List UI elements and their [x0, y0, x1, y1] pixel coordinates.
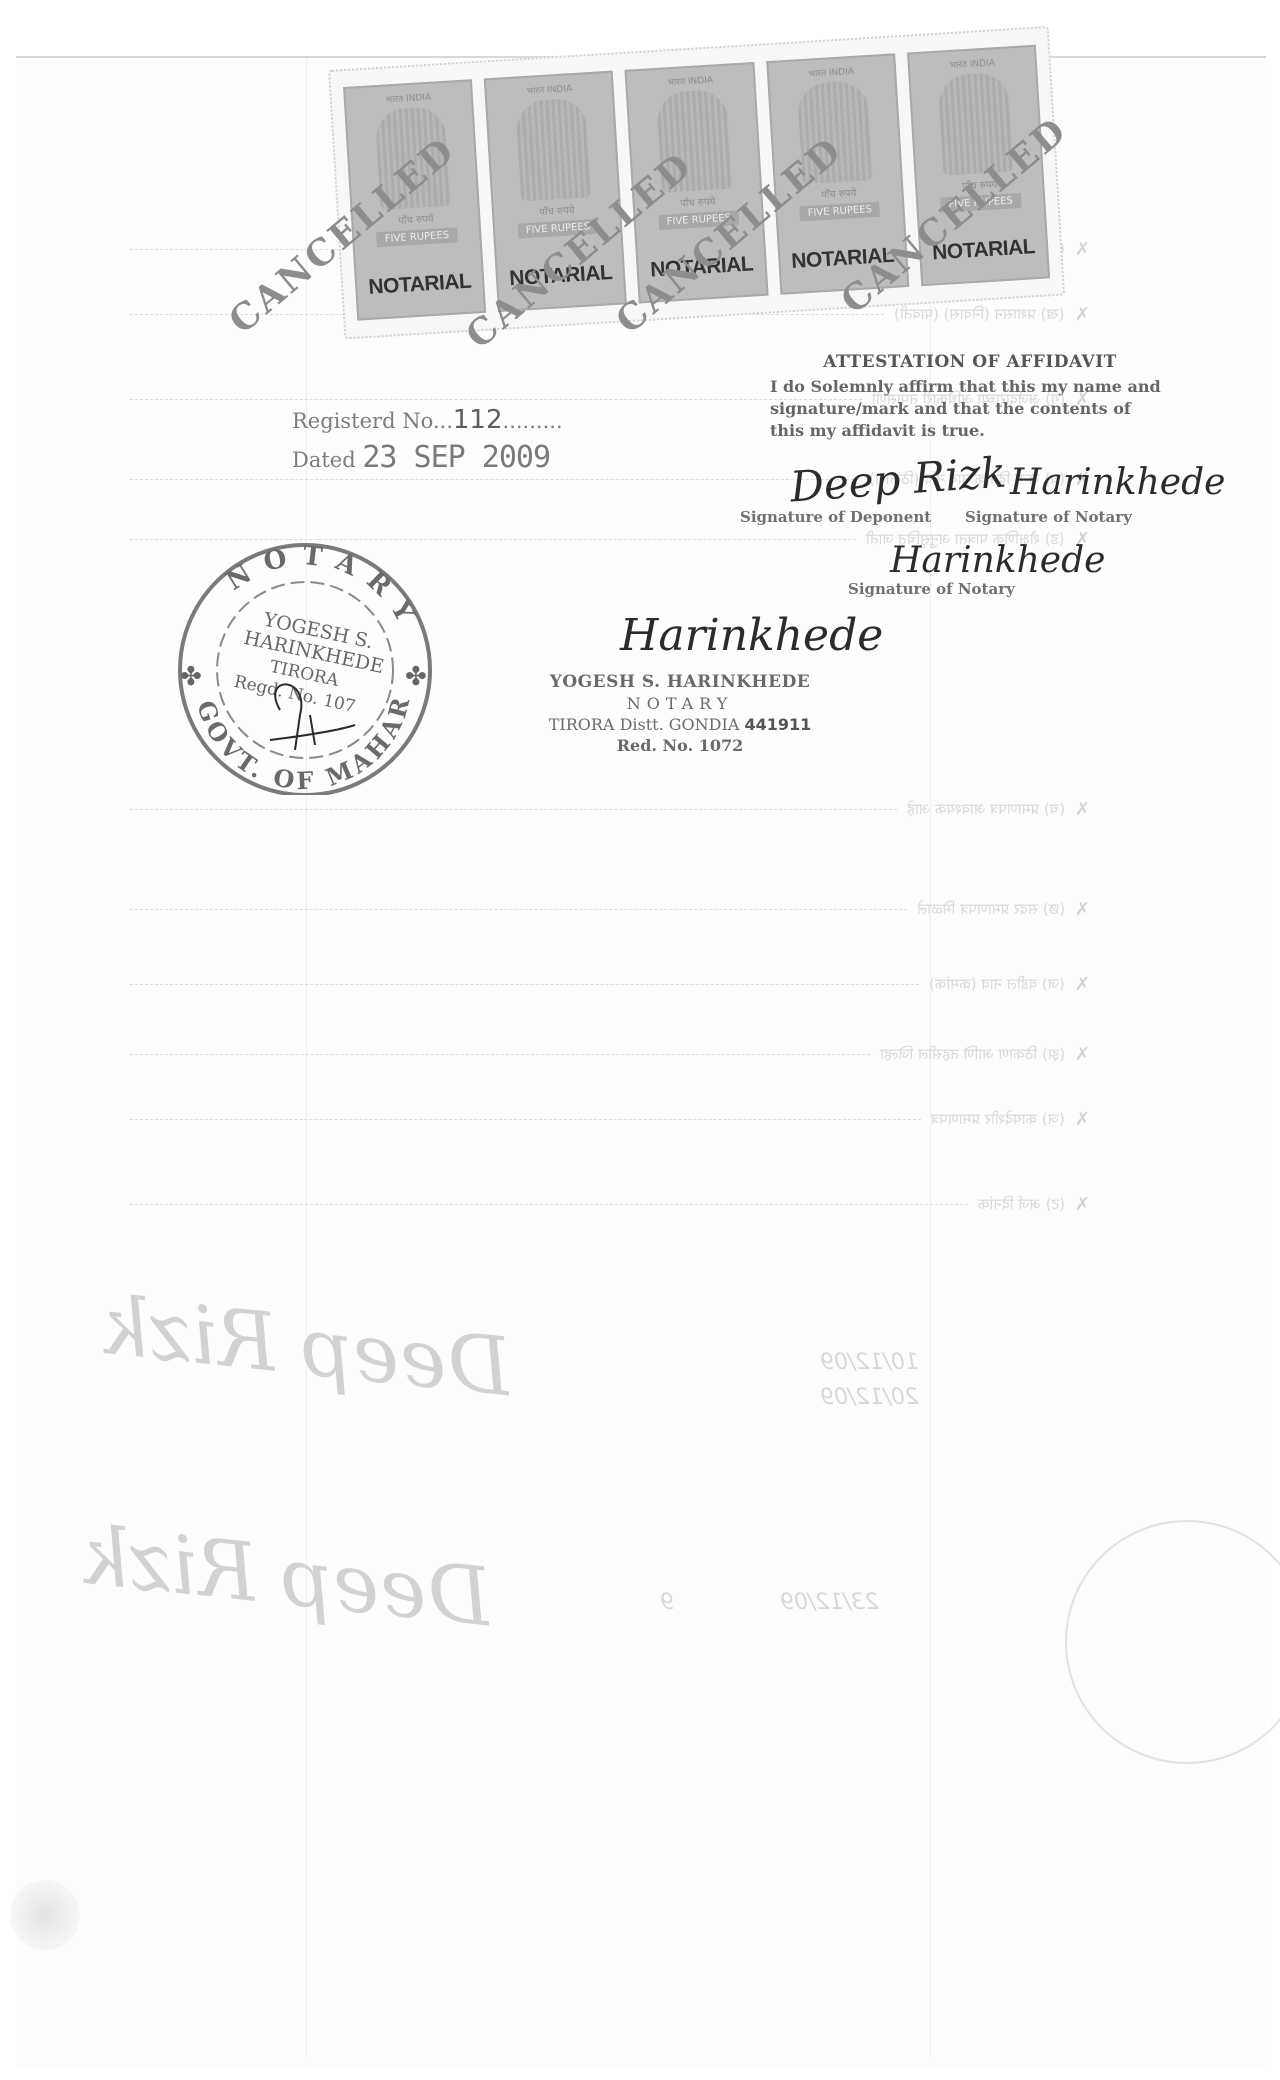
- attestation-title: ATTESTATION OF AFFIDAVIT: [770, 352, 1170, 372]
- notary-signature-2: Harinkhede: [890, 540, 1105, 581]
- bleed-through-row: (ज) वडील नाव (क्रमांक)✗: [130, 975, 1090, 993]
- notary-block-signature: Harinkhede: [620, 610, 883, 661]
- dated-line: Dated 23 SEP 2009: [292, 440, 550, 475]
- faint-handwritten-date: 20/12/09: [820, 1385, 919, 1410]
- notary-pin: 441911: [744, 715, 811, 734]
- registered-label: Registerd No.: [292, 409, 440, 433]
- registered-number: Registerd No...112.........: [292, 405, 563, 435]
- svg-text:✤: ✤: [180, 662, 202, 692]
- seal-graphic: NOTARY GOVT. OF MAHARASHTRA ✤ ✤ YOGESH S…: [160, 535, 450, 795]
- stamp-country: भारत INDIA: [667, 73, 713, 89]
- smudge: [10, 1880, 80, 1950]
- faint-handwritten-date: 23/12/09: [780, 1590, 879, 1615]
- stamp-value-english: FIVE RUPEES: [376, 227, 457, 247]
- notary-district: Distt. GONDIA: [620, 715, 740, 734]
- bleed-through-row: (छ) सदर प्रमाणपत्र मिळाले✗: [130, 900, 1090, 918]
- stamp-overprint: NOTARIAL: [357, 269, 483, 301]
- ashoka-emblem-icon: [515, 97, 591, 201]
- notary-address: TIRORA Distt. GONDIA 441911: [510, 715, 850, 734]
- notary-signature-label-2: Signature of Notary: [848, 580, 1015, 598]
- stamp-country: भारत INDIA: [808, 64, 854, 80]
- notary-title: NOTARY: [510, 694, 850, 713]
- bleed-through-row: (च) प्रमाणपत्र आवश्यक आहे✗: [130, 800, 1090, 818]
- stamp-value-english: FIVE RUPEES: [799, 202, 880, 222]
- stamp-value-hindi: पाँच रुपये: [821, 185, 857, 201]
- notarial-stamp-strip: भारत INDIAपाँच रुपयेFIVE RUPEESNOTARIALभ…: [328, 26, 1065, 340]
- stamp-country: भारत INDIA: [526, 81, 572, 97]
- faint-handwritten-date: 10/12/09: [820, 1350, 919, 1375]
- stamp-country: भारत INDIA: [385, 90, 431, 106]
- attestation-body: I do Solemnly affirm that this my name a…: [770, 376, 1170, 442]
- notary-signature-1: Harinkhede: [1010, 462, 1225, 503]
- attestation-section: ATTESTATION OF AFFIDAVIT I do Solemnly a…: [770, 352, 1170, 442]
- notary-seal: NOTARY GOVT. OF MAHARASHTRA ✤ ✤ YOGESH S…: [160, 535, 450, 795]
- dated-value: 23 SEP 2009: [362, 440, 550, 475]
- notary-name: YOGESH S. HARINKHEDE: [510, 672, 850, 692]
- stamp-value-hindi: पाँच रुपये: [398, 211, 434, 227]
- notary-place: TIRORA: [549, 715, 615, 734]
- stamp-value-hindi: पाँच रुपये: [680, 194, 716, 210]
- deponent-signature-label: Signature of Deponent: [740, 508, 931, 526]
- dated-label: Dated: [292, 448, 356, 472]
- registered-value: 112: [453, 405, 503, 435]
- notary-reg: Red. No. 1072: [510, 736, 850, 755]
- notary-details: YOGESH S. HARINKHEDE NOTARY TIRORA Distt…: [510, 672, 850, 755]
- stamp-value-hindi: पाँच रुपये: [539, 202, 575, 218]
- bleed-through-row: (झ) ठिकाण आणि तहसील जिल्हा✗: [130, 1045, 1090, 1063]
- notary-signature-label-1: Signature of Notary: [965, 508, 1132, 526]
- stamp-country: भारत INDIA: [949, 55, 995, 71]
- bleed-through-row: (ट) अर्ज दिनांक✗: [130, 1195, 1090, 1213]
- svg-text:✤: ✤: [405, 662, 427, 692]
- faint-handwritten-date: 9: [660, 1590, 674, 1615]
- bleed-through-row: (ञ) कायदेशीर प्रमाणपत्र✗: [130, 1110, 1090, 1128]
